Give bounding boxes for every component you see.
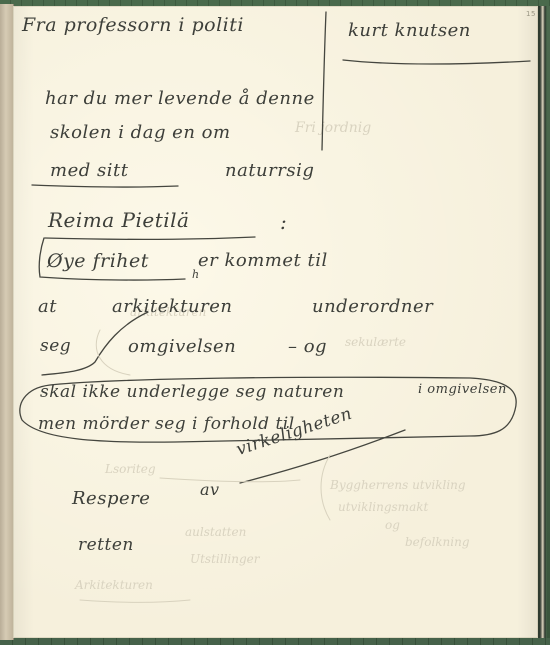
note-word: Respere [72, 488, 150, 509]
underlined-phrase: Øye frihet [47, 250, 149, 272]
note-word: arkitekturen [112, 296, 232, 317]
note-word: omgivelsen [128, 336, 236, 357]
note-word: retten [78, 535, 134, 555]
note-word: underordner [312, 296, 433, 317]
note-line: skolen i dag en om [50, 122, 231, 143]
note-line: har du mer levende å denne [45, 88, 315, 109]
underlined-phrase: med sitt [50, 160, 128, 181]
note-word: – og [288, 336, 327, 357]
circled-note-line: men mörder seg i forhold til [38, 414, 295, 434]
note-word: at [38, 296, 57, 317]
colon: : [280, 210, 287, 234]
note-line: Fra professorn i politi [22, 14, 244, 36]
note-line: naturrsig [225, 160, 314, 181]
note-line: er kommet til [198, 250, 328, 271]
side-heading: kurt knutsen [348, 20, 471, 41]
circled-note-line: skal ikke underlegge seg naturen [40, 382, 344, 402]
person-name: Reima Pietilä [48, 208, 189, 232]
note-word: seg [40, 336, 71, 356]
circled-insert: i omgivelsen [418, 382, 507, 397]
note-word: av [200, 480, 220, 499]
